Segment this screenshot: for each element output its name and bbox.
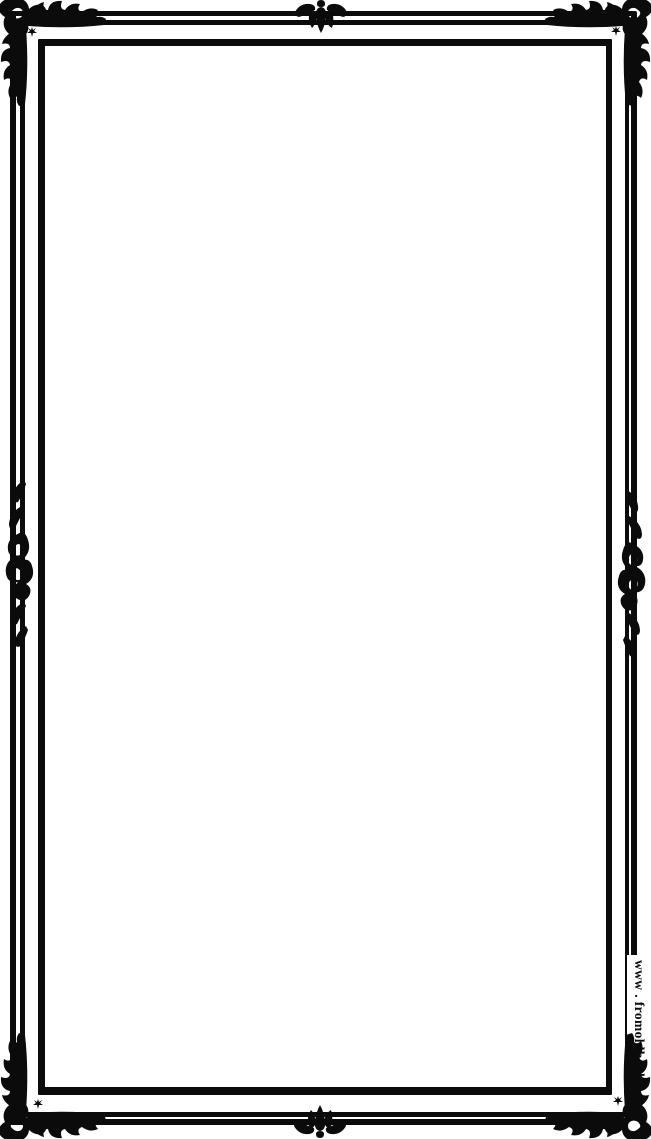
- printer-mark-top-right-icon: [611, 26, 621, 36]
- acanthus-flourish-top-right-icon: [538, 0, 651, 113]
- acanthus-flourish-bottom-right-icon: [538, 1026, 651, 1139]
- foliate-knot-right-icon: [615, 488, 651, 660]
- inner-thick-rule: [38, 39, 612, 1095]
- fleur-palmette-bottom-icon: [291, 1101, 349, 1139]
- acanthus-flourish-top-left-icon: [0, 0, 113, 113]
- scanned-page: www . fromoldbooks . org: [0, 0, 651, 1139]
- foliate-knot-left-icon: [0, 478, 36, 650]
- printer-mark-bottom-left-icon: [33, 1099, 43, 1109]
- fleur-palmette-top-icon: [292, 0, 350, 37]
- printer-mark-top-left-icon: [27, 27, 37, 37]
- acanthus-flourish-bottom-left-icon: [0, 1026, 113, 1139]
